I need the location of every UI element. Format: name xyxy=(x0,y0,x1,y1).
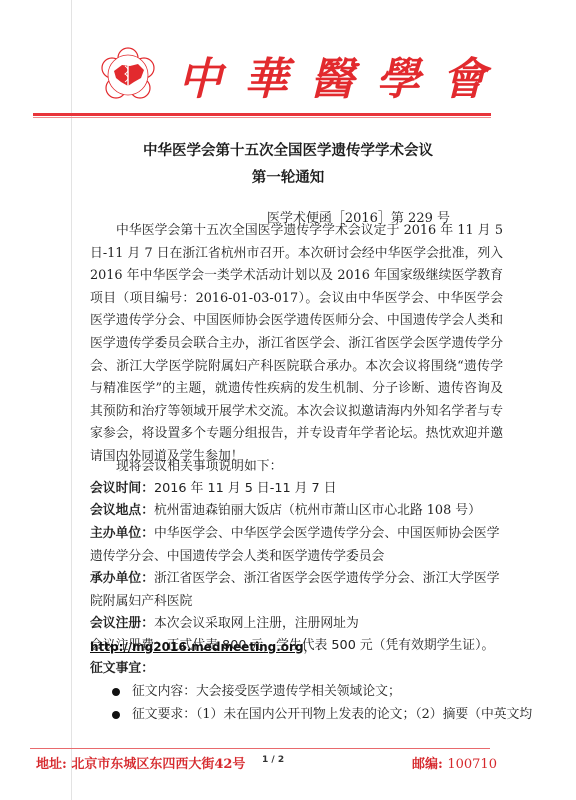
field-label: 承办单位： xyxy=(90,571,154,586)
field-value: 杭州雷迪森铂丽大饭店（杭州市萧山区市心北路 108 号） xyxy=(154,503,481,518)
field-label: 征文事宜： xyxy=(90,661,154,676)
field-label: 会议地点： xyxy=(90,503,154,518)
list-item-text: 征文内容：大会接受医学遗传学相关领域论文； xyxy=(132,684,401,699)
list-item: 征文要求：（1）未在国内公开刊物上发表的论文；（2）摘要（中英文均 xyxy=(112,704,532,727)
field-label: 会议时间： xyxy=(90,481,154,496)
meeting-time: 会议时间：2016 年 11 月 5 日-11 月 7 日 xyxy=(90,478,505,501)
regular-fee: 800 xyxy=(222,638,246,653)
list-item-text: 征文要求：（1）未在国内公开刊物上发表的论文；（2）摘要（中英文均 xyxy=(132,707,532,722)
list-item: 征文内容：大会接受医学遗传学相关领域论文； xyxy=(112,681,401,704)
transition-text: 现将会议相关事项说明如下： xyxy=(90,456,529,479)
document-subtitle: 第一轮通知 xyxy=(0,166,576,187)
brand-name: 中華醫學會 xyxy=(178,50,508,110)
bullet-icon xyxy=(112,688,120,696)
letterhead-rule-thin xyxy=(33,117,491,118)
bullet-icon xyxy=(112,711,120,719)
document-title: 中华医学会第十五次全国医学遗传学学术会议 xyxy=(0,139,576,160)
intro-paragraph: 中华医学会第十五次全国医学遗传学学术会议定于 2016 年 11 月 5 日-1… xyxy=(90,220,503,469)
field-value: 本次会议采取网上注册，注册网址为 xyxy=(154,616,359,631)
footer-postcode: 邮编: 100710 xyxy=(412,753,497,772)
fee-prefix: 正式代表 xyxy=(167,638,222,653)
footer-address: 地址: 北京市东城区东四西大街42号 xyxy=(36,753,245,772)
fee-mid: 元，学生代表 xyxy=(246,638,331,653)
footer-rule xyxy=(30,748,490,749)
meeting-location: 会议地点：杭州雷迪森铂丽大饭店（杭州市萧山区市心北路 108 号） xyxy=(90,500,505,523)
postcode-value: 100710 xyxy=(447,757,497,772)
fee-suffix: 元（凭有效期学生证）。 xyxy=(356,638,494,653)
letterhead: 中華醫學會 xyxy=(0,0,576,125)
call-for-papers-heading: 征文事宜： xyxy=(90,658,505,681)
student-fee: 500 xyxy=(331,638,355,653)
registration-fee: 会议注册费：正式代表 800 元，学生代表 500 元（凭有效期学生证）。 xyxy=(90,635,505,658)
field-label: 会议注册费： xyxy=(90,638,167,653)
host-organizations: 主办单位：中华医学会、中华医学会医学遗传学分会、中国医师协会医学遗传学分会、中国… xyxy=(90,523,505,568)
organizing-units: 承办单位：浙江省医学会、浙江省医学会医学遗传学分会、浙江大学医学院附属妇产科医院 xyxy=(90,568,505,613)
page-number: 1 / 2 xyxy=(262,755,284,765)
field-label: 主办单位： xyxy=(90,526,154,541)
postcode-label: 邮编: xyxy=(412,757,443,772)
field-value: 2016 年 11 月 5 日-11 月 7 日 xyxy=(154,481,337,496)
field-label: 会议注册： xyxy=(90,616,154,631)
association-emblem-icon xyxy=(100,46,156,104)
letterhead-rule xyxy=(33,113,491,116)
